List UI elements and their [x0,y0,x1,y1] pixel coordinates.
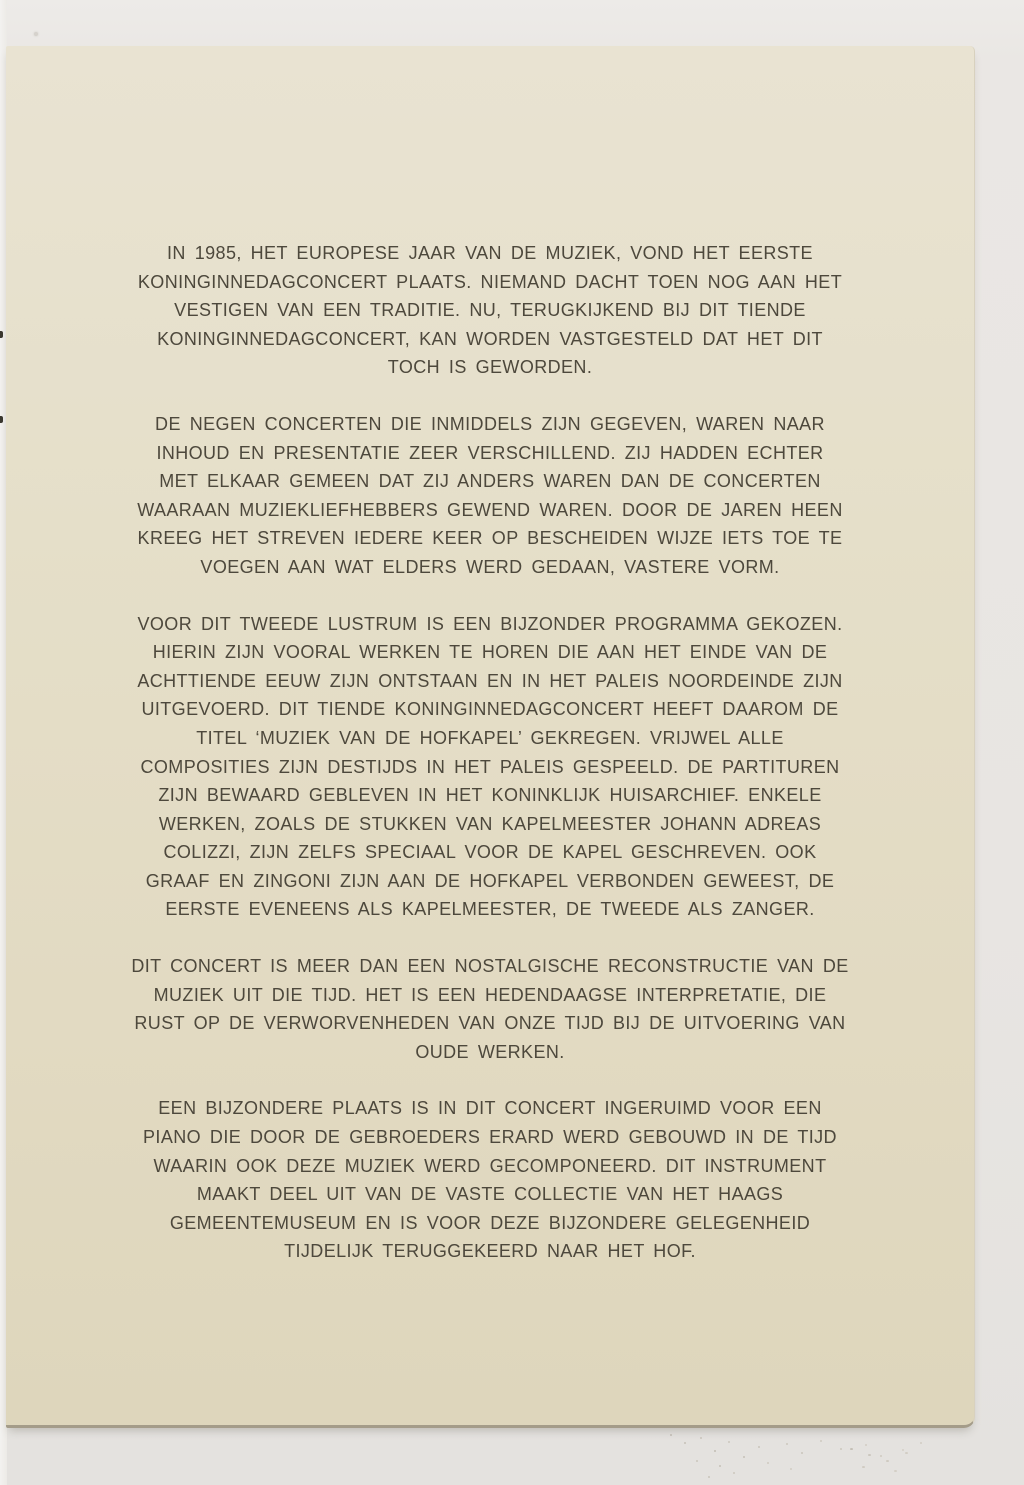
scan-smudge-speckles [670,1434,672,1436]
paragraph-program: VOOR DIT TWEEDE LUSTRUM IS EEN BIJZONDER… [85,610,895,925]
binding-mark [0,331,3,338]
paragraph-erard-piano: EEN BIJZONDERE PLAATS IS IN DIT CONCERT … [85,1094,895,1266]
text-block: IN 1985, HET EUROPESE JAAR VAN DE MUZIEK… [85,239,895,1294]
scanner-background: IN 1985, HET EUROPESE JAAR VAN DE MUZIEK… [0,0,1024,1485]
paper-page: IN 1985, HET EUROPESE JAAR VAN DE MUZIEK… [6,46,975,1428]
binding-mark [0,416,3,423]
paragraph-intro: IN 1985, HET EUROPESE JAAR VAN DE MUZIEK… [85,239,895,382]
paragraph-nine-concerts: DE NEGEN CONCERTEN DIE INMIDDELS ZIJN GE… [85,410,895,582]
scan-smudge-speckles [850,1448,853,1450]
scan-dust-dot [34,32,38,36]
paragraph-interpretation: DIT CONCERT IS MEER DAN EEN NOSTALGISCHE… [85,952,895,1066]
